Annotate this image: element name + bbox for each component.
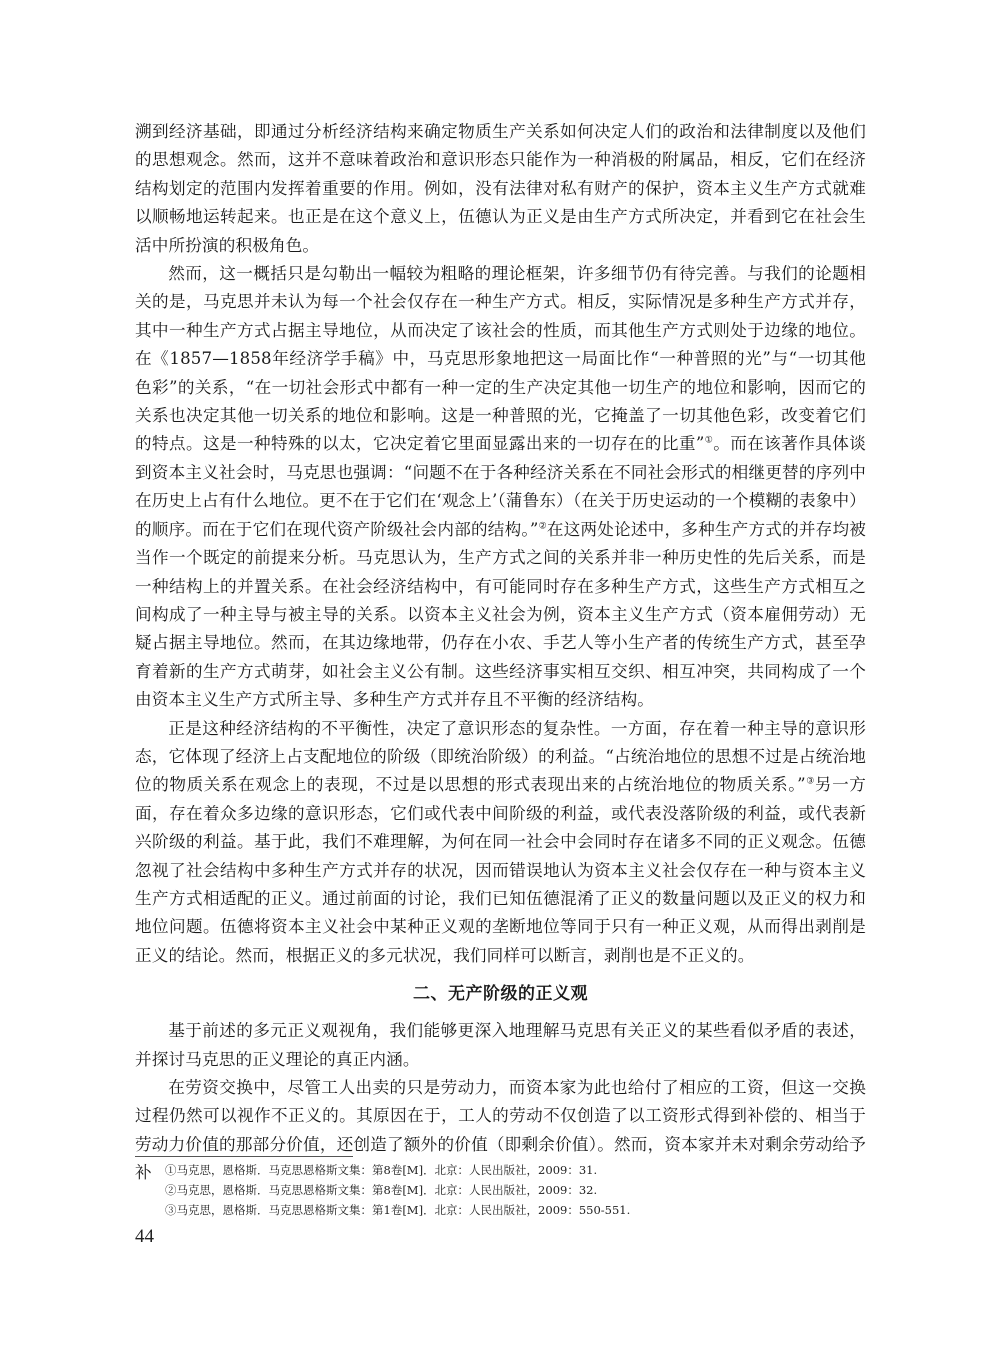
paragraph-text: 基于前述的多元正义观视角，我们能够更深入地理解马克思有关正义的某些看似矛盾的表述…	[135, 1021, 866, 1068]
footnote-reference[interactable]: ③	[806, 777, 815, 787]
paragraphs-before-heading: 溯到经济基础，即通过分析经济结构来确定物质生产关系如何决定人们的政治和法律制度以…	[135, 118, 866, 970]
footnote-reference[interactable]: ①	[705, 436, 714, 446]
paragraph-text: 另一方面，存在着众多边缘的意识形态，它们或代表中间阶级的利益，或代表没落阶级的利…	[135, 775, 866, 964]
footnote-3: ③马克思，恩格斯．马克思恩格斯文集：第1卷[M]．北京：人民出版社，2009：5…	[165, 1200, 865, 1220]
footnotes: ①马克思，恩格斯．马克思恩格斯文集：第8卷[M]．北京：人民出版社，2009：3…	[165, 1160, 865, 1220]
paragraph: 然而，这一概括只是勾勒出一幅较为粗略的理论框架，许多细节仍有待完善。与我们的论题…	[135, 260, 866, 715]
footnote-1: ①马克思，恩格斯．马克思恩格斯文集：第8卷[M]．北京：人民出版社，2009：3…	[165, 1160, 865, 1180]
article-body: 溯到经济基础，即通过分析经济结构来确定物质生产关系如何决定人们的政治和法律制度以…	[135, 118, 866, 1188]
page-number: 44	[135, 1226, 154, 1248]
paragraph-text: 然而，这一概括只是勾勒出一幅较为粗略的理论框架，许多细节仍有待完善。与我们的论题…	[135, 264, 866, 453]
paragraph-text: 正是这种经济结构的不平衡性，决定了意识形态的复杂性。一方面，存在着一种主导的意识…	[135, 719, 866, 795]
footnote-reference[interactable]: ②	[539, 521, 547, 531]
section-heading: 二、无产阶级的正义观	[135, 979, 866, 1009]
footnote-divider	[135, 1156, 353, 1157]
paragraph: 溯到经济基础，即通过分析经济结构来确定物质生产关系如何决定人们的政治和法律制度以…	[135, 118, 866, 260]
paragraph: 正是这种经济结构的不平衡性，决定了意识形态的复杂性。一方面，存在着一种主导的意识…	[135, 715, 866, 971]
paragraph: 基于前述的多元正义观视角，我们能够更深入地理解马克思有关正义的某些看似矛盾的表述…	[135, 1017, 866, 1074]
paragraph-text: 在这两处论述中，多种生产方式的并存均被当作一个既定的前提来分析。马克思认为，生产…	[135, 520, 866, 709]
footnote-2: ②马克思，恩格斯．马克思恩格斯文集：第8卷[M]．北京：人民出版社，2009：3…	[165, 1180, 865, 1200]
paragraph-text: 溯到经济基础，即通过分析经济结构来确定物质生产关系如何决定人们的政治和法律制度以…	[135, 122, 866, 255]
